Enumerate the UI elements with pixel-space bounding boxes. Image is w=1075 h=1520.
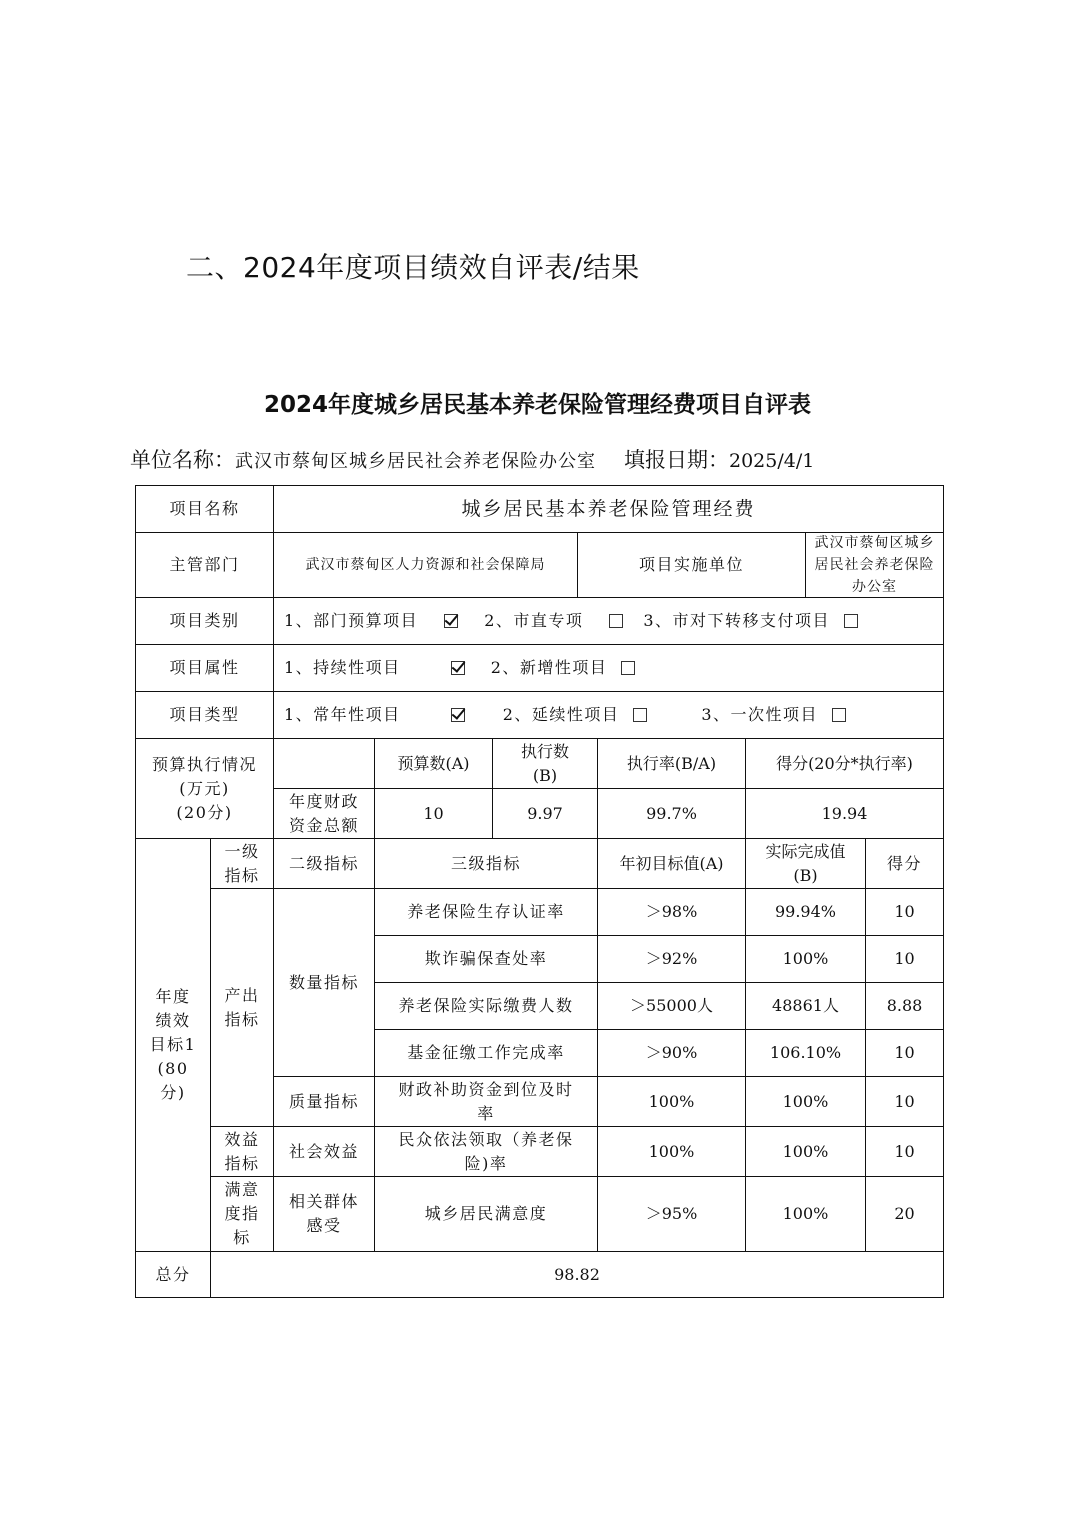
type-option-3: 3、一次性项目 <box>701 703 818 727</box>
budget-row-label: 年度财政 资金总额 <box>273 788 375 839</box>
category-label: 项目类别 <box>135 597 274 645</box>
header-level2: 二级指标 <box>273 838 375 889</box>
row-3-actual: 48861人 <box>745 982 866 1030</box>
header-target: 年初目标值(A) <box>597 838 746 889</box>
row-4-score: 10 <box>865 1029 944 1077</box>
attribute-option-1: 1、持续性项目 <box>284 656 401 680</box>
row-7-score: 20 <box>865 1176 944 1252</box>
budget-b-value: 9.97 <box>492 788 598 839</box>
type-option-2: 2、延续性项目 <box>503 703 620 727</box>
category-option-1: 1、部门预算项目 <box>284 609 418 633</box>
budget-header-a: 预算数(A) <box>374 738 493 789</box>
row-2-actual: 100% <box>745 935 866 983</box>
row-5-actual: 100% <box>745 1076 866 1127</box>
total-label: 总分 <box>135 1251 211 1298</box>
project-name-value: 城乡居民基本养老保险管理经费 <box>273 485 944 533</box>
row-2-target: ＞92% <box>597 935 746 983</box>
row-6-actual: 100% <box>745 1126 866 1177</box>
row-6-level3: 民众依法领取（养老保险)率 <box>374 1126 598 1177</box>
impl-unit-label: 项目实施单位 <box>577 532 806 598</box>
budget-header-b: 执行数(B) <box>492 738 598 789</box>
row-4-actual: 106.10% <box>745 1029 866 1077</box>
row-4-level3: 基金征缴工作完成率 <box>374 1029 598 1077</box>
level1-satisfaction: 满意度指标 <box>210 1176 274 1252</box>
row-2-level3: 欺诈骗保查处率 <box>374 935 598 983</box>
row-4-target: ＞90% <box>597 1029 746 1077</box>
row-1-level3: 养老保险生存认证率 <box>374 888 598 936</box>
total-value: 98.82 <box>210 1251 944 1298</box>
impl-unit-value: 武汉市蔡甸区城乡居民社会养老保险办公室 <box>805 532 944 598</box>
self-evaluation-table: 项目名称 城乡居民基本养老保险管理经费 主管部门 武汉市蔡甸区人力资源和社会保障… <box>0 0 1075 1520</box>
row-1-actual: 99.94% <box>745 888 866 936</box>
row-3-level3: 养老保险实际缴费人数 <box>374 982 598 1030</box>
type-option-1: 1、常年性项目 <box>284 703 401 727</box>
header-level3: 三级指标 <box>374 838 598 889</box>
header-score: 得分 <box>865 838 944 889</box>
checkbox-checked-icon[interactable] <box>451 708 465 722</box>
header-actual: 实际完成值(B) <box>745 838 866 889</box>
budget-score-value: 19.94 <box>745 788 944 839</box>
checkbox-icon[interactable] <box>609 614 623 628</box>
attribute-options: 1、持续性项目 2、新增性项目 <box>273 644 944 692</box>
row-2-score: 10 <box>865 935 944 983</box>
checkbox-icon[interactable] <box>633 708 647 722</box>
row-7-target: ＞95% <box>597 1176 746 1252</box>
checkbox-checked-icon[interactable] <box>451 661 465 675</box>
row-1-score: 10 <box>865 888 944 936</box>
row-5-score: 10 <box>865 1076 944 1127</box>
header-level1: 一级指标 <box>210 838 274 889</box>
row-1-target: ＞98% <box>597 888 746 936</box>
row-3-target: ＞55000人 <box>597 982 746 1030</box>
category-options: 1、部门预算项目 2、市直专项 3、市对下转移支付项目 <box>273 597 944 645</box>
type-label: 项目类型 <box>135 691 274 739</box>
type-options: 1、常年性项目 2、延续性项目 3、一次性项目 <box>273 691 944 739</box>
budget-header-rate: 执行率(B/A) <box>597 738 746 789</box>
row-7-actual: 100% <box>745 1176 866 1252</box>
row-5-target: 100% <box>597 1076 746 1127</box>
category-option-3: 3、市对下转移支付项目 <box>643 609 830 633</box>
category-option-2: 2、市直专项 <box>484 609 583 633</box>
budget-rate-value: 99.7% <box>597 788 746 839</box>
checkbox-icon[interactable] <box>844 614 858 628</box>
budget-label: 预算执行情况 (万元) (20分) <box>135 738 274 839</box>
level1-output: 产出指标 <box>210 888 274 1127</box>
performance-group-label: 年度 绩效 目标1 (80 分) <box>135 838 211 1252</box>
dept-label: 主管部门 <box>135 532 274 598</box>
budget-a-value: 10 <box>374 788 493 839</box>
checkbox-icon[interactable] <box>621 661 635 675</box>
row-5-level3: 财政补助资金到位及时率 <box>374 1076 598 1127</box>
budget-header-score: 得分(20分*执行率) <box>745 738 944 789</box>
row-3-score: 8.88 <box>865 982 944 1030</box>
row-6-target: 100% <box>597 1126 746 1177</box>
level2-quantity: 数量指标 <box>273 888 375 1077</box>
attribute-label: 项目属性 <box>135 644 274 692</box>
level2-group: 相关群体感受 <box>273 1176 375 1252</box>
row-7-level3: 城乡居民满意度 <box>374 1176 598 1252</box>
attribute-option-2: 2、新增性项目 <box>491 656 608 680</box>
row-6-score: 10 <box>865 1126 944 1177</box>
budget-header-empty <box>273 738 375 789</box>
checkbox-checked-icon[interactable] <box>444 614 458 628</box>
checkbox-icon[interactable] <box>832 708 846 722</box>
dept-value: 武汉市蔡甸区人力资源和社会保障局 <box>273 532 578 598</box>
level2-social: 社会效益 <box>273 1126 375 1177</box>
level1-benefit: 效益指标 <box>210 1126 274 1177</box>
level2-quality: 质量指标 <box>273 1076 375 1127</box>
project-name-label: 项目名称 <box>135 485 274 533</box>
